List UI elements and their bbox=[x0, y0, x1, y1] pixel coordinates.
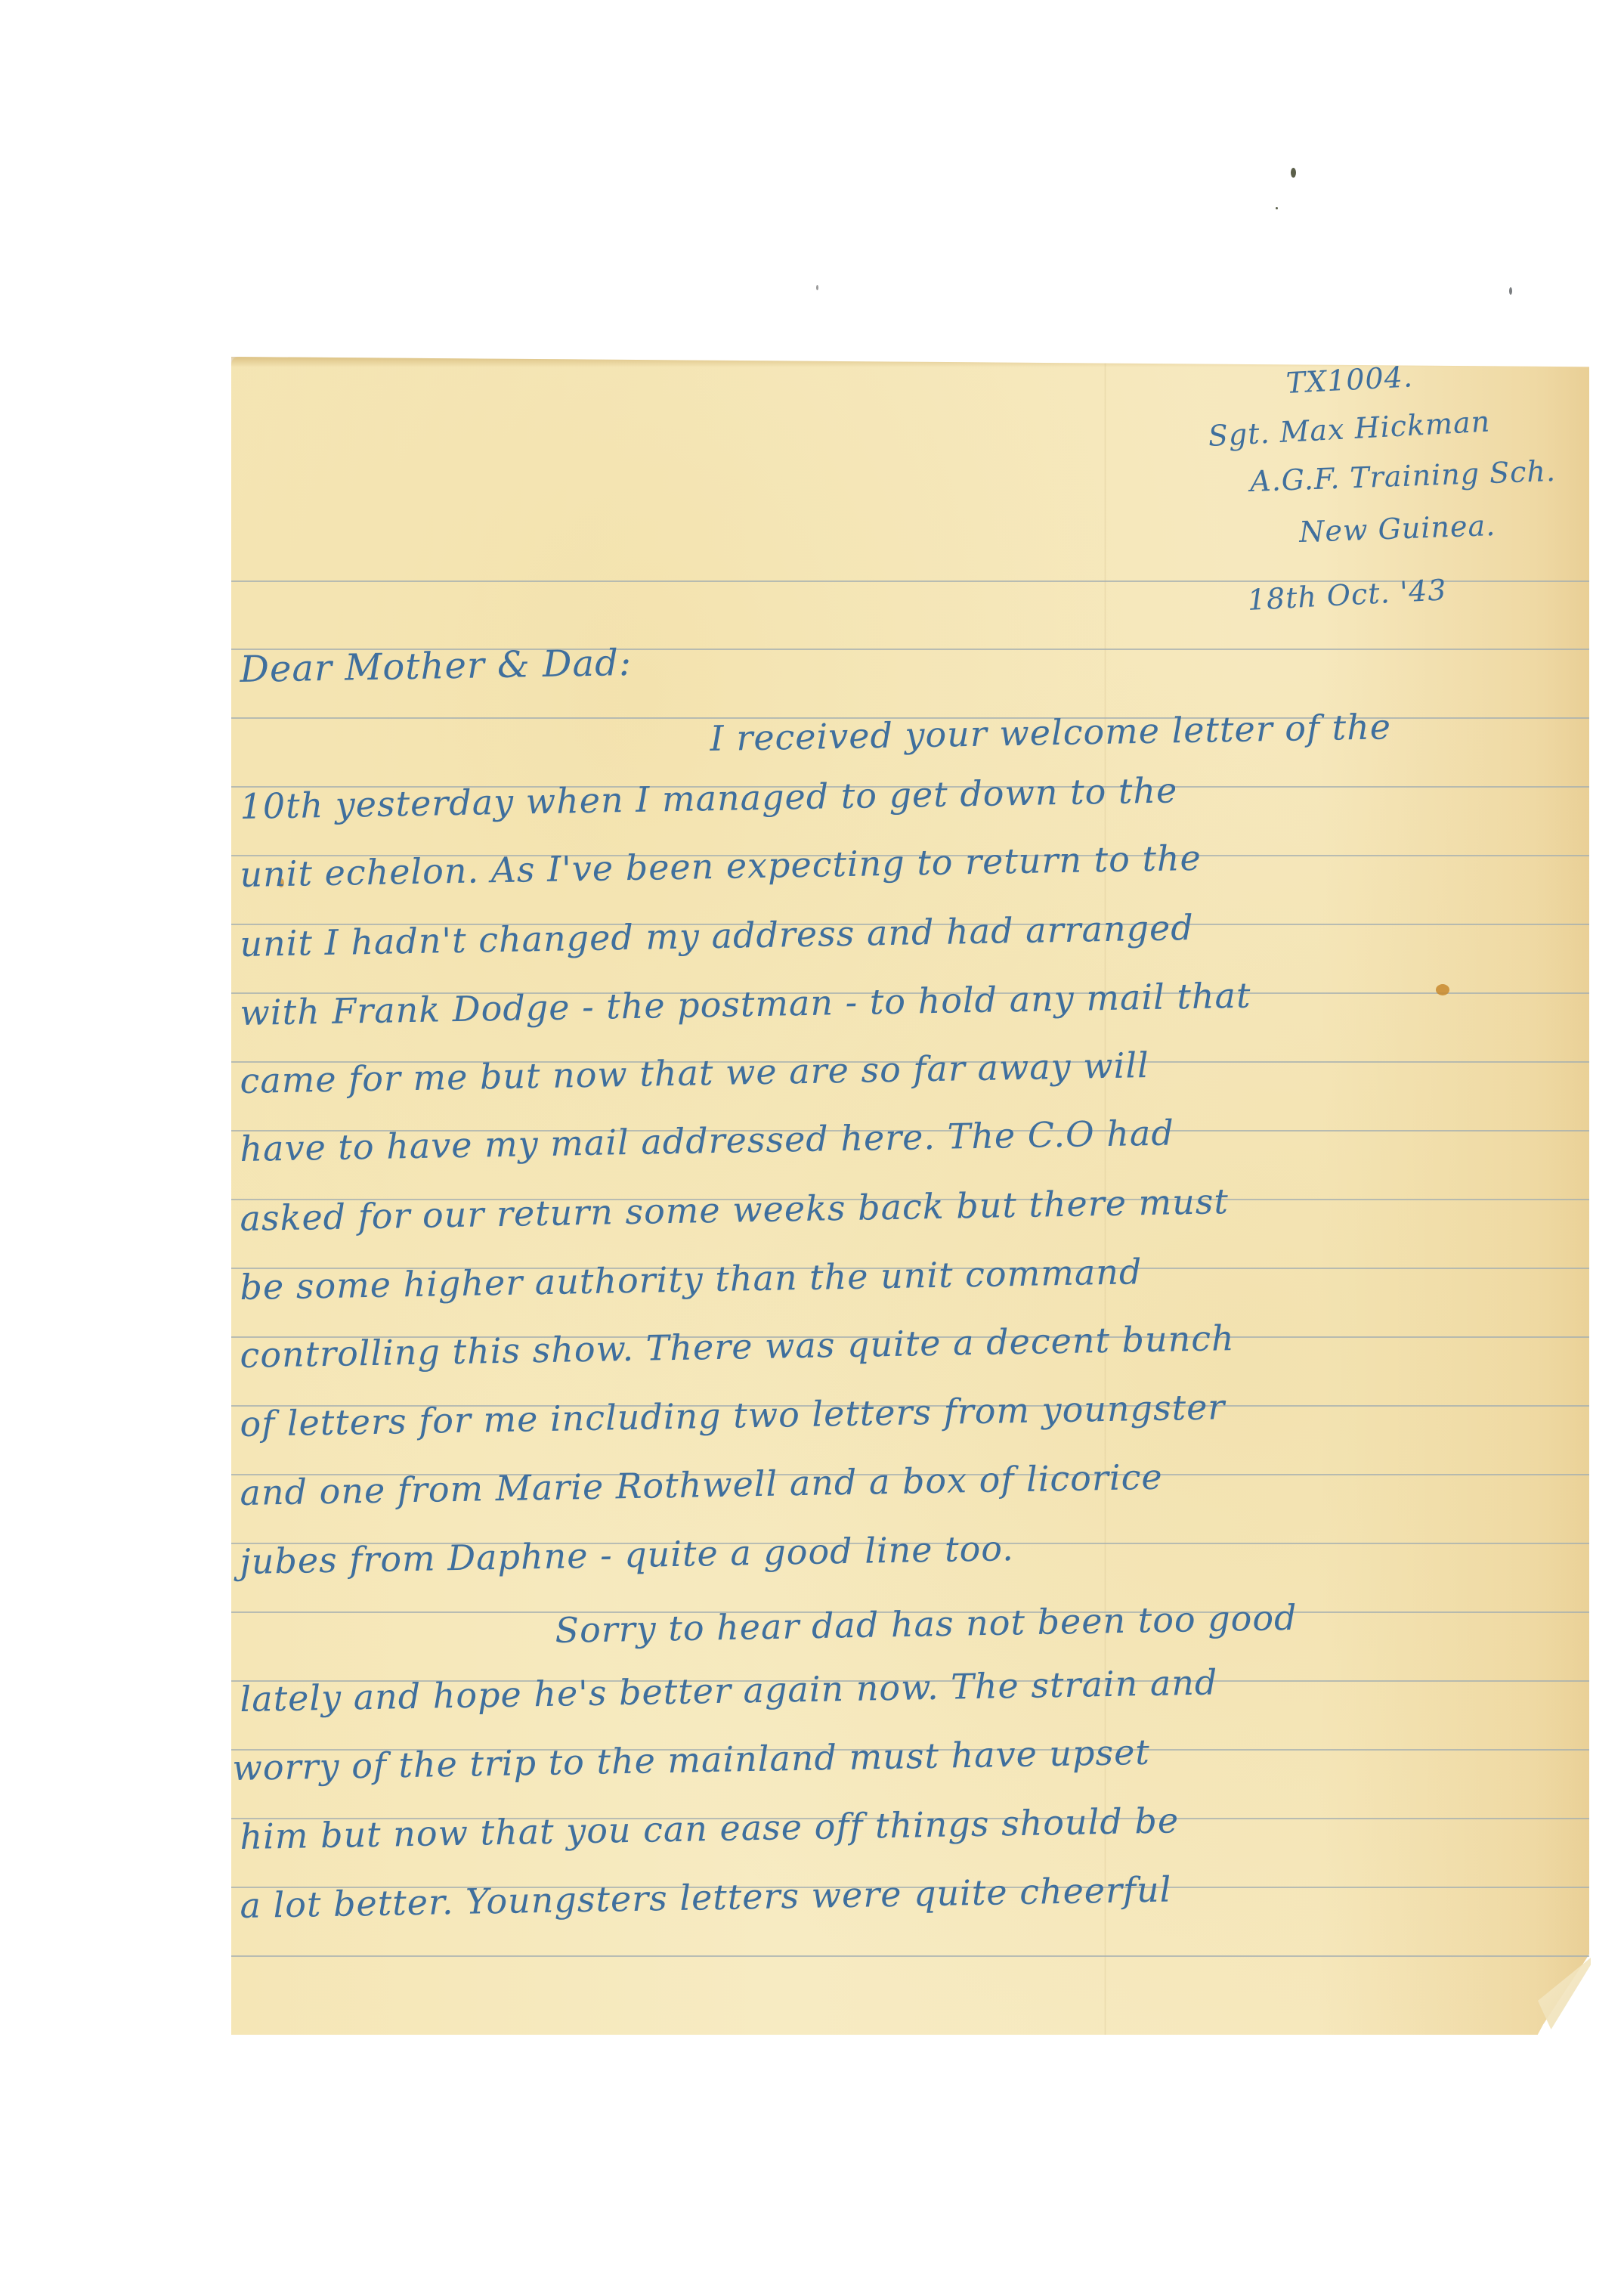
service-number: TX1004. bbox=[1285, 360, 1414, 400]
ink-stain bbox=[1436, 984, 1449, 995]
sender-location: New Guinea. bbox=[1298, 509, 1496, 549]
scan-speck bbox=[1509, 287, 1512, 295]
salutation: Dear Mother & Dad: bbox=[240, 642, 632, 691]
scan-speck bbox=[1291, 168, 1296, 178]
scan-speck bbox=[1276, 207, 1278, 209]
ruled-line bbox=[231, 1955, 1589, 1957]
scan-speck bbox=[816, 285, 818, 290]
